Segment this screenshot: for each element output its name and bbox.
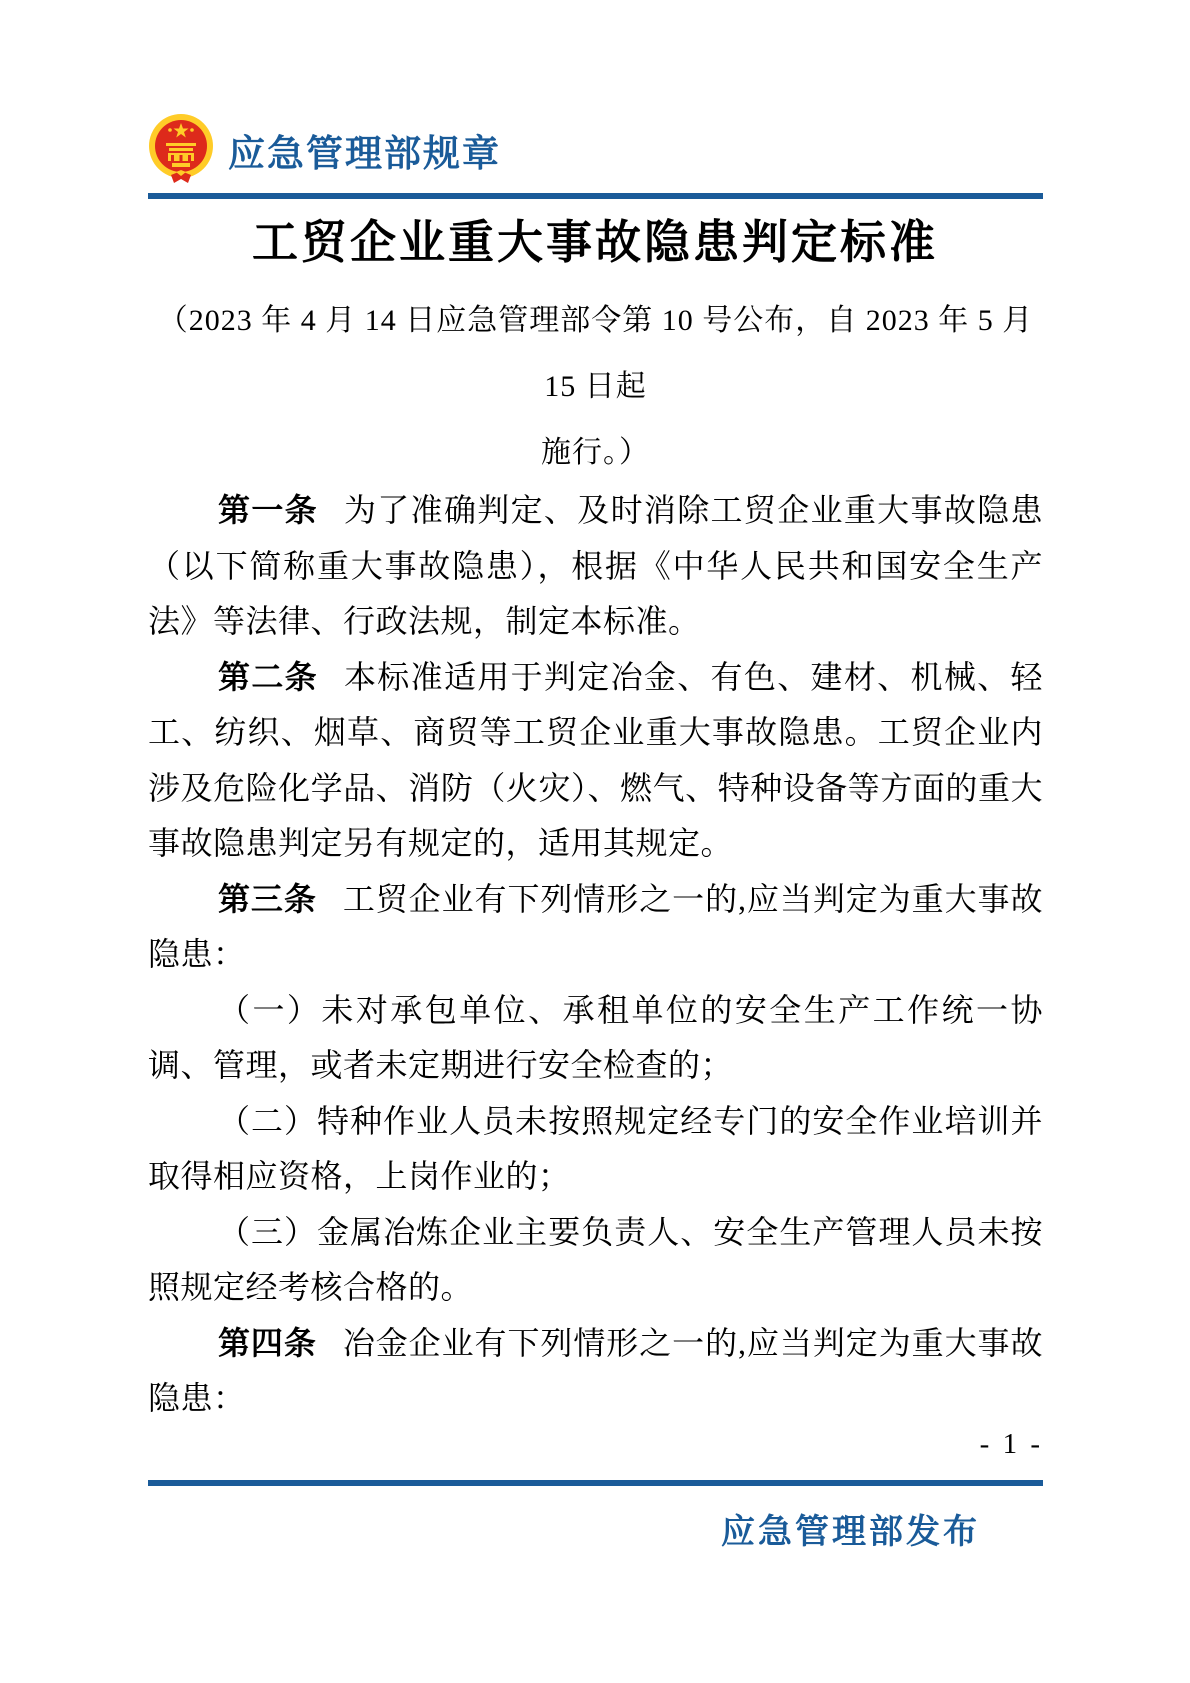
publisher-label: 应急管理部发布	[721, 1504, 980, 1553]
article-text: （二）特种作业人员未按照规定经专门的安全作业培训并取得相应资格，上岗作业的；	[148, 1103, 1043, 1195]
article-paragraph: （一）未对承包单位、承租单位的安全生产工作统一协调、管理，或者未定期进行安全检查…	[148, 983, 1043, 1094]
article-label: 第三条	[218, 881, 317, 917]
article-label: 第四条	[218, 1325, 317, 1361]
agency-label: 应急管理部规章	[228, 123, 501, 177]
article-label: 第一条	[218, 492, 318, 528]
article-text: （一）未对承包单位、承租单位的安全生产工作统一协调、管理，或者未定期进行安全检查…	[148, 992, 1043, 1084]
national-emblem-icon	[148, 113, 214, 187]
page-header: 应急管理部规章	[148, 112, 1043, 188]
article-text: （三）金属冶炼企业主要负责人、安全生产管理人员未按照规定经考核合格的。	[148, 1214, 1043, 1306]
subtitle-line-1: （2023 年 4 月 14 日应急管理部令第 10 号公布，自 2023 年 …	[148, 288, 1043, 420]
article-paragraph: 第一条为了准确判定、及时消除工贸企业重大事故隐患（以下简称重大事故隐患），根据《…	[148, 483, 1043, 650]
header-rule	[148, 193, 1043, 199]
footer-rule	[148, 1480, 1043, 1486]
article-paragraph: （三）金属冶炼企业主要负责人、安全生产管理人员未按照规定经考核合格的。	[148, 1205, 1043, 1316]
document-page: 应急管理部规章 工贸企业重大事故隐患判定标准 （2023 年 4 月 14 日应…	[0, 0, 1190, 1683]
article-paragraph: （二）特种作业人员未按照规定经专门的安全作业培训并取得相应资格，上岗作业的；	[148, 1094, 1043, 1205]
article-paragraph: 第二条本标准适用于判定冶金、有色、建材、机械、轻工、纺织、烟草、商贸等工贸企业重…	[148, 650, 1043, 872]
article-label: 第二条	[218, 659, 318, 695]
page-number: - 1 -	[148, 1428, 1043, 1461]
article-paragraph: 第三条工贸企业有下列情形之一的,应当判定为重大事故隐患：	[148, 872, 1043, 983]
subtitle-line-2: 施行。）	[148, 420, 1043, 486]
document-subtitle: （2023 年 4 月 14 日应急管理部令第 10 号公布，自 2023 年 …	[148, 288, 1043, 486]
document-title: 工贸企业重大事故隐患判定标准	[0, 206, 1190, 272]
article-paragraph: 第四条冶金企业有下列情形之一的,应当判定为重大事故隐患：	[148, 1316, 1043, 1427]
document-body: 第一条为了准确判定、及时消除工贸企业重大事故隐患（以下简称重大事故隐患），根据《…	[148, 483, 1043, 1427]
